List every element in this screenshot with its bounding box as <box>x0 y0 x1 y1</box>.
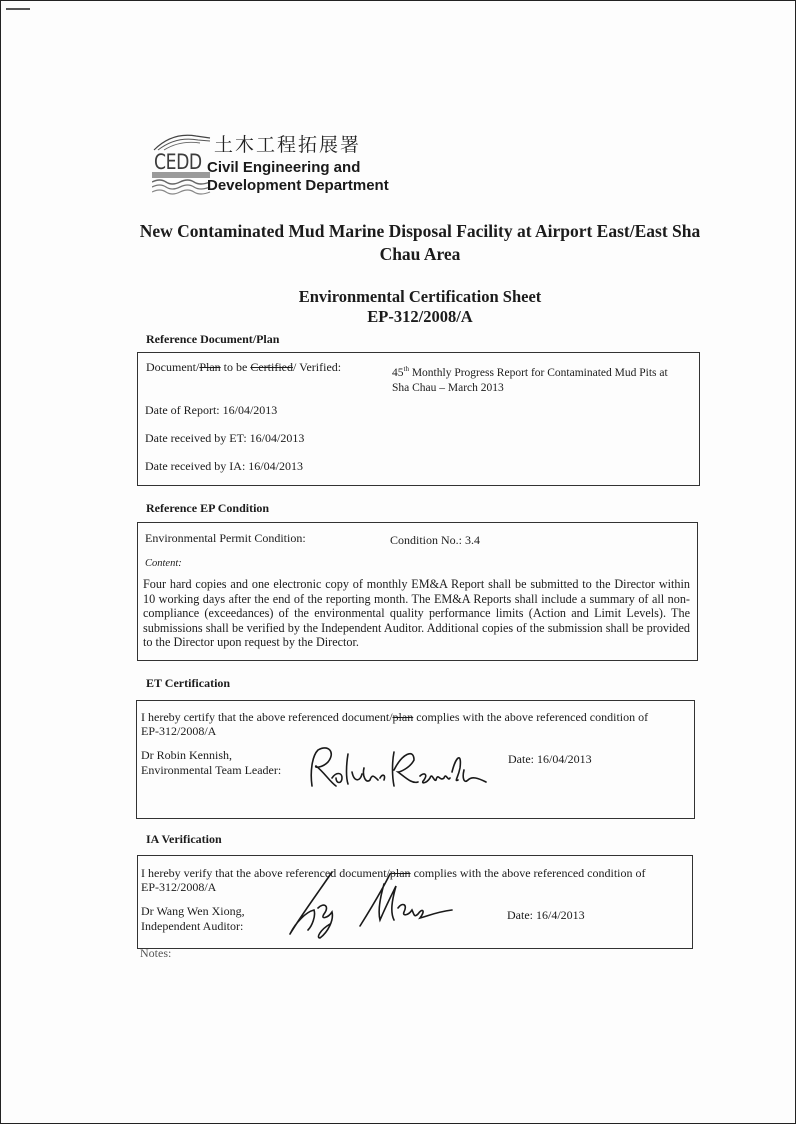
ia-date: Date: 16/4/2013 <box>507 908 585 923</box>
ia-signatory-role: Independent Auditor: <box>141 919 243 934</box>
ia-statement-line2: EP-312/2008/A <box>141 880 216 895</box>
project-title-line2: Chau Area <box>130 243 710 266</box>
et-statement: I hereby certify that the above referenc… <box>141 710 648 725</box>
date-of-report: Date of Report: 16/04/2013 <box>145 403 277 418</box>
struck-certified: Certified <box>250 360 293 374</box>
doc-title-line1: Monthly Progress Report for Contaminated… <box>409 367 668 379</box>
et-date: Date: 16/04/2013 <box>508 752 592 767</box>
struck-plan: Plan <box>199 360 220 374</box>
logo-chinese-name: 土木工程拓展署 <box>214 130 361 157</box>
et-signatory-name: Dr Robin Kennish, <box>141 748 232 763</box>
signature-robin-kennish <box>302 742 498 792</box>
et-statement-part1: I hereby certify that the above referenc… <box>141 710 393 724</box>
section-label-et-certification: ET Certification <box>146 676 230 691</box>
content-label: Content: <box>145 556 182 571</box>
date-received-ia: Date received by IA: 16/04/2013 <box>145 459 303 474</box>
logo-abbr: CEDD <box>154 150 202 174</box>
et-signatory-role: Environmental Team Leader: <box>141 763 281 778</box>
signature-wang-wen-xiong <box>262 868 472 940</box>
cedd-logo: CEDD 土木工程拓展署 Civil Engineering and Devel… <box>152 128 402 196</box>
scan-mark <box>6 8 30 10</box>
project-title: New Contaminated Mud Marine Disposal Fac… <box>130 220 710 266</box>
project-title-line1: New Contaminated Mud Marine Disposal Fac… <box>130 220 710 243</box>
document-label-part1: Document/ <box>146 360 199 374</box>
sheet-title-text: Environmental Certification Sheet <box>130 287 710 307</box>
section-label-ia-verification: IA Verification <box>146 832 222 847</box>
document-label-part3: / Verified: <box>293 360 341 374</box>
sheet-title: Environmental Certification Sheet EP-312… <box>130 287 710 327</box>
permit-number: EP-312/2008/A <box>130 307 710 327</box>
permit-condition-label: Environmental Permit Condition: <box>145 531 306 546</box>
et-statement-part2: complies with the above referenced condi… <box>413 710 648 724</box>
ia-signatory-name: Dr Wang Wen Xiong, <box>141 904 245 919</box>
logo-english-line2: Development Department <box>207 177 389 194</box>
section-label-reference-document: Reference Document/Plan <box>146 332 279 347</box>
notes-label: Notes: <box>140 946 171 961</box>
document-label-part2: to be <box>221 360 251 374</box>
logo-english-line1: Civil Engineering and <box>207 159 360 176</box>
date-received-et: Date received by ET: 16/04/2013 <box>145 431 304 446</box>
condition-number: Condition No.: 3.4 <box>390 533 480 548</box>
struck-plan: plan <box>393 710 414 724</box>
doc-ordinal: 45 <box>392 367 404 379</box>
condition-content: Four hard copies and one electronic copy… <box>143 577 690 650</box>
doc-title-line2: Sha Chau – March 2013 <box>392 381 668 396</box>
et-statement-line2: EP-312/2008/A <box>141 724 216 739</box>
document-title: 45th Monthly Progress Report for Contami… <box>392 362 668 396</box>
document-label: Document/Plan to be Certified/ Verified: <box>146 360 341 375</box>
section-label-reference-ep: Reference EP Condition <box>146 501 269 516</box>
